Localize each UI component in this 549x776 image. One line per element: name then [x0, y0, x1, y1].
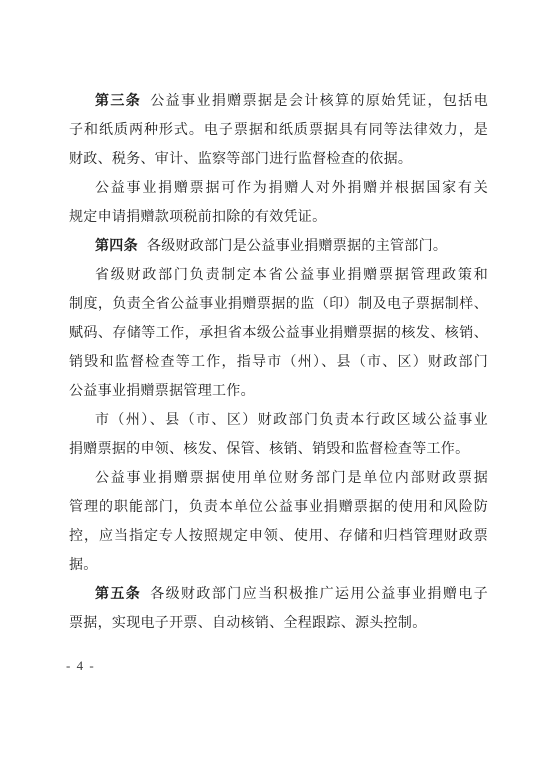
- text-line: 第四条各级财政部门是公益事业捐赠票据的主管部门。: [69, 232, 488, 261]
- page-number: - 4 -: [66, 658, 95, 674]
- text-line: 公益事业捐赠票据使用单位财务部门是单位内部财政票据: [69, 464, 488, 493]
- article-number: 第五条: [95, 587, 141, 602]
- document-page: 第三条公益事业捐赠票据是会计核算的原始凭证，包括电子和纸质两种形式。电子票据和纸…: [0, 0, 549, 776]
- text-line: 控，应当指定专人按照规定申领、使用、存储和归档管理财政票: [69, 522, 488, 551]
- article-number: 第三条: [95, 94, 141, 109]
- text-line: 据。: [69, 551, 488, 580]
- text-line: 销毁和监督检查等工作，指导市（州）、县（市、区）财政部门: [69, 348, 488, 377]
- text-line: 票据，实现电子开票、自动核销、全程跟踪、源头控制。: [69, 609, 488, 638]
- text-line: 子和纸质两种形式。电子票据和纸质票据具有同等法律效力，是: [69, 116, 488, 145]
- text-line: 制度，负责全省公益事业捐赠票据的监（印）制及电子票据制样、: [69, 290, 488, 319]
- text-line: 财政、税务、审计、监察等部门进行监督检查的依据。: [69, 145, 488, 174]
- text-line: 管理的职能部门，负责本单位公益事业捐赠票据的使用和风险防: [69, 493, 488, 522]
- text-line: 市（州）、县（市、区）财政部门负责本行政区域公益事业: [69, 406, 488, 435]
- text-line: 公益事业捐赠票据可作为捐赠人对外捐赠并根据国家有关: [69, 174, 488, 203]
- text-line: 公益事业捐赠票据管理工作。: [69, 377, 488, 406]
- text-line: 规定申请捐赠款项税前扣除的有效凭证。: [69, 203, 488, 232]
- text-line: 捐赠票据的申领、核发、保管、核销、销毁和监督检查等工作。: [69, 435, 488, 464]
- text-line: 第五条各级财政部门应当积极推广运用公益事业捐赠电子: [69, 580, 488, 609]
- text-line: 省级财政部门负责制定本省公益事业捐赠票据管理政策和: [69, 261, 488, 290]
- text-line: 赋码、存储等工作，承担省本级公益事业捐赠票据的核发、核销、: [69, 319, 488, 348]
- text-line: 第三条公益事业捐赠票据是会计核算的原始凭证，包括电: [69, 87, 488, 116]
- article-number: 第四条: [95, 239, 138, 254]
- document-body: 第三条公益事业捐赠票据是会计核算的原始凭证，包括电子和纸质两种形式。电子票据和纸…: [69, 87, 488, 638]
